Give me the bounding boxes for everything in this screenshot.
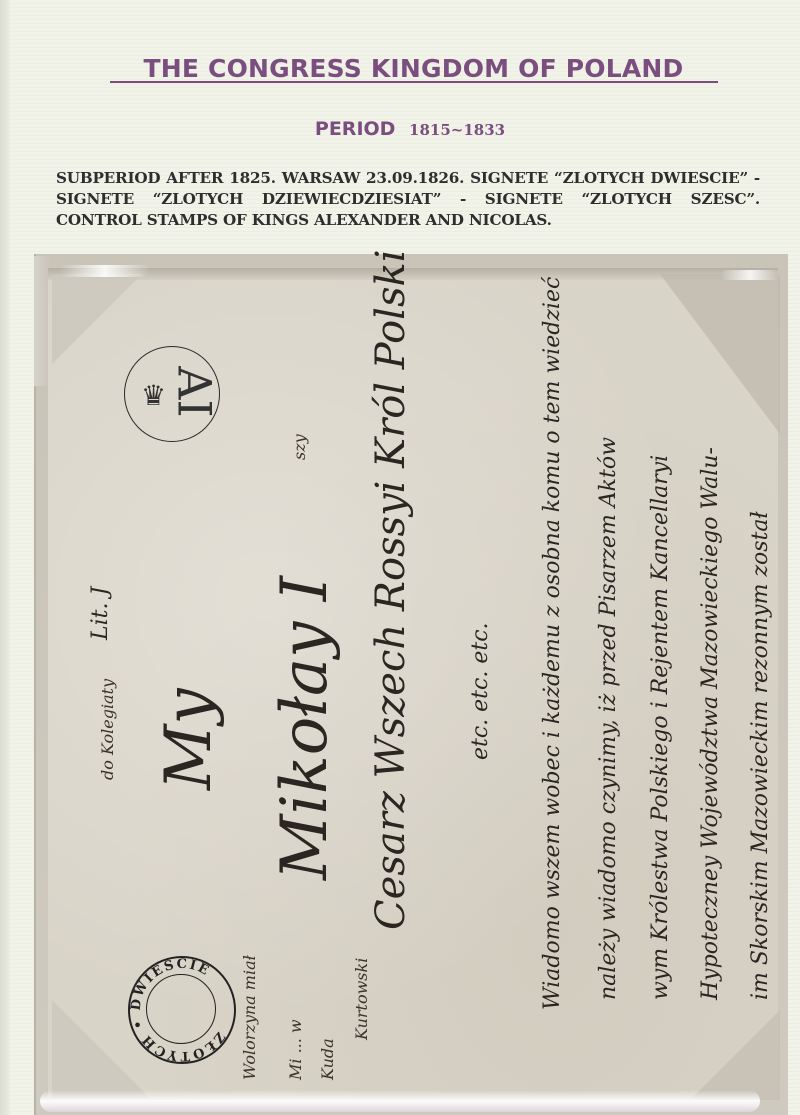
handwriting-my: My xyxy=(152,688,226,790)
period-heading: PERIOD 1815~1833 xyxy=(0,118,800,140)
page-title: THE CONGRESS KINGDOM OF POLAND xyxy=(112,54,715,83)
handwriting-line-2: należy wiadomo czynimy, iż przed Pisarze… xyxy=(596,437,621,1000)
margin-note-3: Wolorzyna miał xyxy=(240,955,259,1080)
handwriting-etc: etc. etc. etc. xyxy=(468,622,493,760)
photo-corner-bottom-right xyxy=(690,1010,780,1100)
handwriting-line-1: Wiadomo wszem wobec i każdemu z osobna k… xyxy=(540,277,565,1010)
sleeve-glare xyxy=(60,265,150,277)
signet-text: ZŁOTYCH • DWIESCIE xyxy=(130,958,227,1062)
exhibit-description: SUBPERIOD AFTER 1825. WARSAW 23.09.1826.… xyxy=(56,168,760,231)
crown-icon: ♛ xyxy=(141,379,166,412)
margin-note-5: Kuda xyxy=(318,1038,337,1080)
scan-edge xyxy=(0,0,10,1115)
margin-note-6: Kurtowski xyxy=(352,958,371,1040)
signet-stamp-zlotych-dwiescie: ZŁOTYCH • DWIESCIE xyxy=(128,956,236,1064)
handwriting-line-5: im Skorskim Mazowieckim rezonnym został xyxy=(748,511,773,1000)
handwriting-cesarz: Cesarz Wszech Rossyi Król Polski xyxy=(368,249,414,930)
control-stamp-crown: ♛ AI xyxy=(124,346,220,442)
handwriting-mikolay: Mikołay I xyxy=(268,576,342,880)
handwriting-line-4: Hypoteczney Województwa Mazowieckiego Wa… xyxy=(698,447,723,1000)
handwriting-line-3: wym Królestwa Polskiego i Rejentem Kance… xyxy=(648,455,673,1000)
margin-note-4: Mi ... w xyxy=(286,1019,305,1080)
photo-corner-top-left xyxy=(52,274,142,364)
svg-text:ZŁOTYCH • DWIESCIE: ZŁOTYCH • DWIESCIE xyxy=(130,958,227,1062)
period-label: PERIOD xyxy=(315,118,396,140)
sleeve-glare xyxy=(40,1090,760,1112)
margin-note-1: do Kolegiaty xyxy=(98,679,117,780)
photo-corner-top-right xyxy=(660,274,780,434)
period-years: 1815~1833 xyxy=(409,121,505,139)
signet-text-ring-icon: ZŁOTYCH • DWIESCIE xyxy=(130,958,234,1062)
handwriting-superscript: szy xyxy=(290,434,309,460)
monogram-letters: AI xyxy=(168,366,222,417)
margin-note-2: Lit. J xyxy=(88,587,113,640)
title-underline xyxy=(110,81,718,83)
sleeve-glare xyxy=(720,270,780,280)
